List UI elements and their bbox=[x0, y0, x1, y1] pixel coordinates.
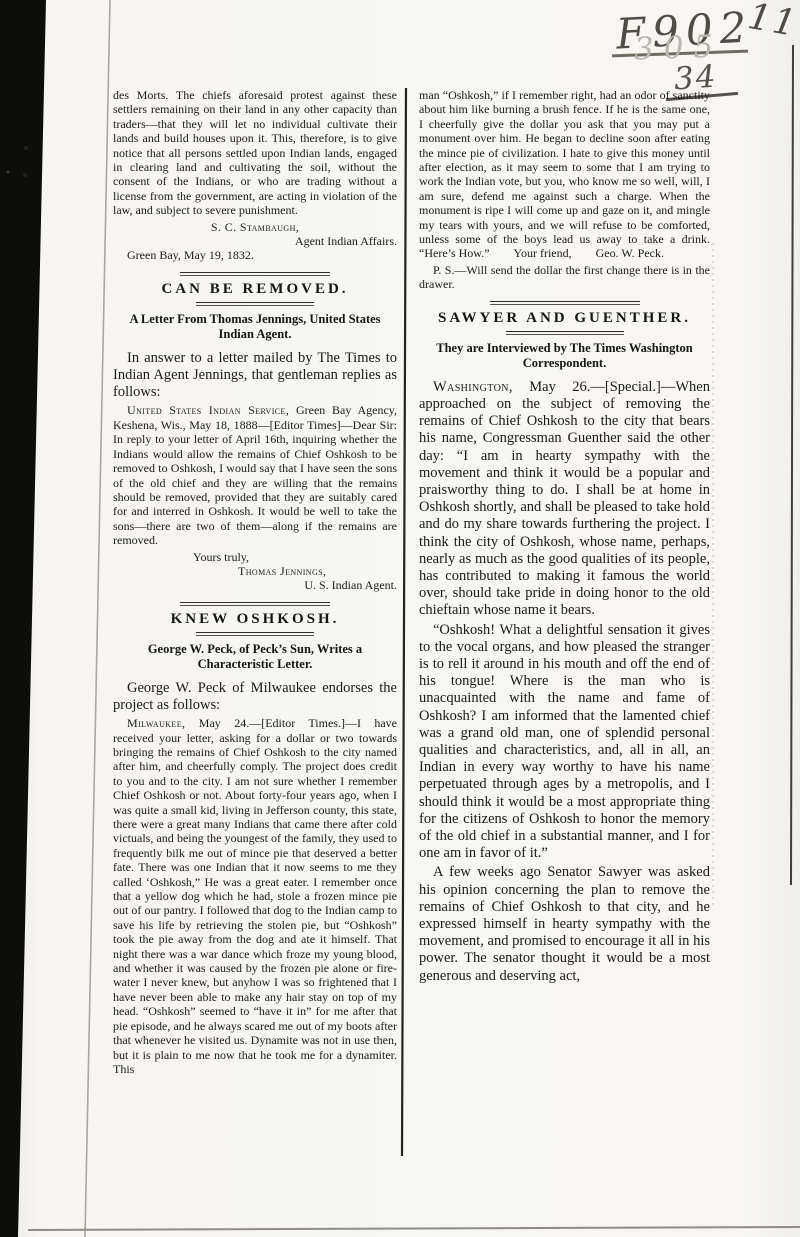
subhead-times-washington-correspondent: They are Interviewed by The Times Washin… bbox=[433, 341, 696, 372]
headline-sawyer-and-guenther: SAWYER AND GUENTHER. bbox=[419, 310, 710, 327]
headline-rule bbox=[506, 331, 624, 335]
letter-jennings: United States Indian Service, Green Bay … bbox=[113, 403, 397, 547]
headline-rule bbox=[196, 632, 314, 636]
article-stambaugh-notice-continuation: des Morts. The chiefs aforesaid protest … bbox=[113, 88, 397, 218]
paragraph-intro-peck: George W. Peck of Milwaukee endorses the… bbox=[113, 680, 397, 714]
clipping-left-edge-line bbox=[85, 0, 110, 1237]
column-left: des Morts. The chiefs aforesaid protest … bbox=[113, 88, 397, 1206]
paragraph-senator-sawyer: A few weeks ago Senator Sawyer was asked… bbox=[419, 864, 710, 984]
letter-postscript: P. S.—Will send the dollar the first cha… bbox=[419, 263, 710, 292]
subhead-letter-from-jennings: A Letter From Thomas Jennings, United St… bbox=[127, 312, 383, 343]
section-rule bbox=[180, 272, 330, 276]
section-rule bbox=[490, 301, 640, 305]
column-right: man “Oshkosh,” if I remember right, had … bbox=[419, 88, 710, 1206]
scan-bottom-edge-line bbox=[28, 1227, 800, 1230]
paragraph-intro-jennings: In answer to a letter mailed by The Time… bbox=[113, 350, 397, 402]
signature-stambaugh: S. C. Stambaugh, bbox=[113, 220, 397, 234]
letter-lede: Milwaukee, bbox=[127, 716, 185, 730]
section-rule bbox=[180, 602, 330, 606]
letter-closing: Yours truly, bbox=[113, 550, 397, 564]
paragraph-guenther-quote: “Oshkosh! What a delightful sensation it… bbox=[419, 622, 710, 863]
signature-jennings: Thomas Jennings, bbox=[113, 564, 397, 578]
dateline-washington: Washington, bbox=[433, 379, 513, 395]
signature-title-us-indian-agent: U. S. Indian Agent. bbox=[113, 578, 397, 592]
newspaper-clipping-scan: F902 11 305 34 des Morts. The chiefs afo… bbox=[0, 0, 800, 1237]
dateline-green-bay: Green Bay, May 19, 1832. bbox=[113, 248, 397, 262]
scanner-background-edge bbox=[0, 0, 50, 1237]
scan-right-edge-line bbox=[791, 45, 793, 885]
paragraph-washington-report: Washington, May 26.—[Special.]—When appr… bbox=[419, 379, 710, 620]
headline-can-be-removed: CAN BE REMOVED. bbox=[113, 281, 397, 298]
letter-lede: United States Indian Service, bbox=[127, 403, 289, 417]
subhead-george-peck-letter: George W. Peck, of Peck’s Sun, Writes a … bbox=[127, 642, 383, 673]
headline-rule bbox=[196, 302, 314, 306]
letter-peck-continuation: man “Oshkosh,” if I remember right, had … bbox=[419, 88, 710, 261]
letter-peck: Milwaukee, May 24.—[Editor Times.]—I hav… bbox=[113, 716, 397, 1076]
column-divider-rule bbox=[402, 88, 406, 1156]
headline-knew-oshkosh: KNEW OSHKOSH. bbox=[113, 611, 397, 628]
signature-title-agent-indian-affairs: Agent Indian Affairs. bbox=[113, 234, 397, 248]
report-body: May 26.—[Special.]—When approached on th… bbox=[419, 379, 710, 619]
letter-body: Green Bay Agency, Keshena, Wis., May 18,… bbox=[113, 403, 397, 547]
letter-body: May 24.—[Editor Times.]—I have received … bbox=[113, 716, 397, 1076]
